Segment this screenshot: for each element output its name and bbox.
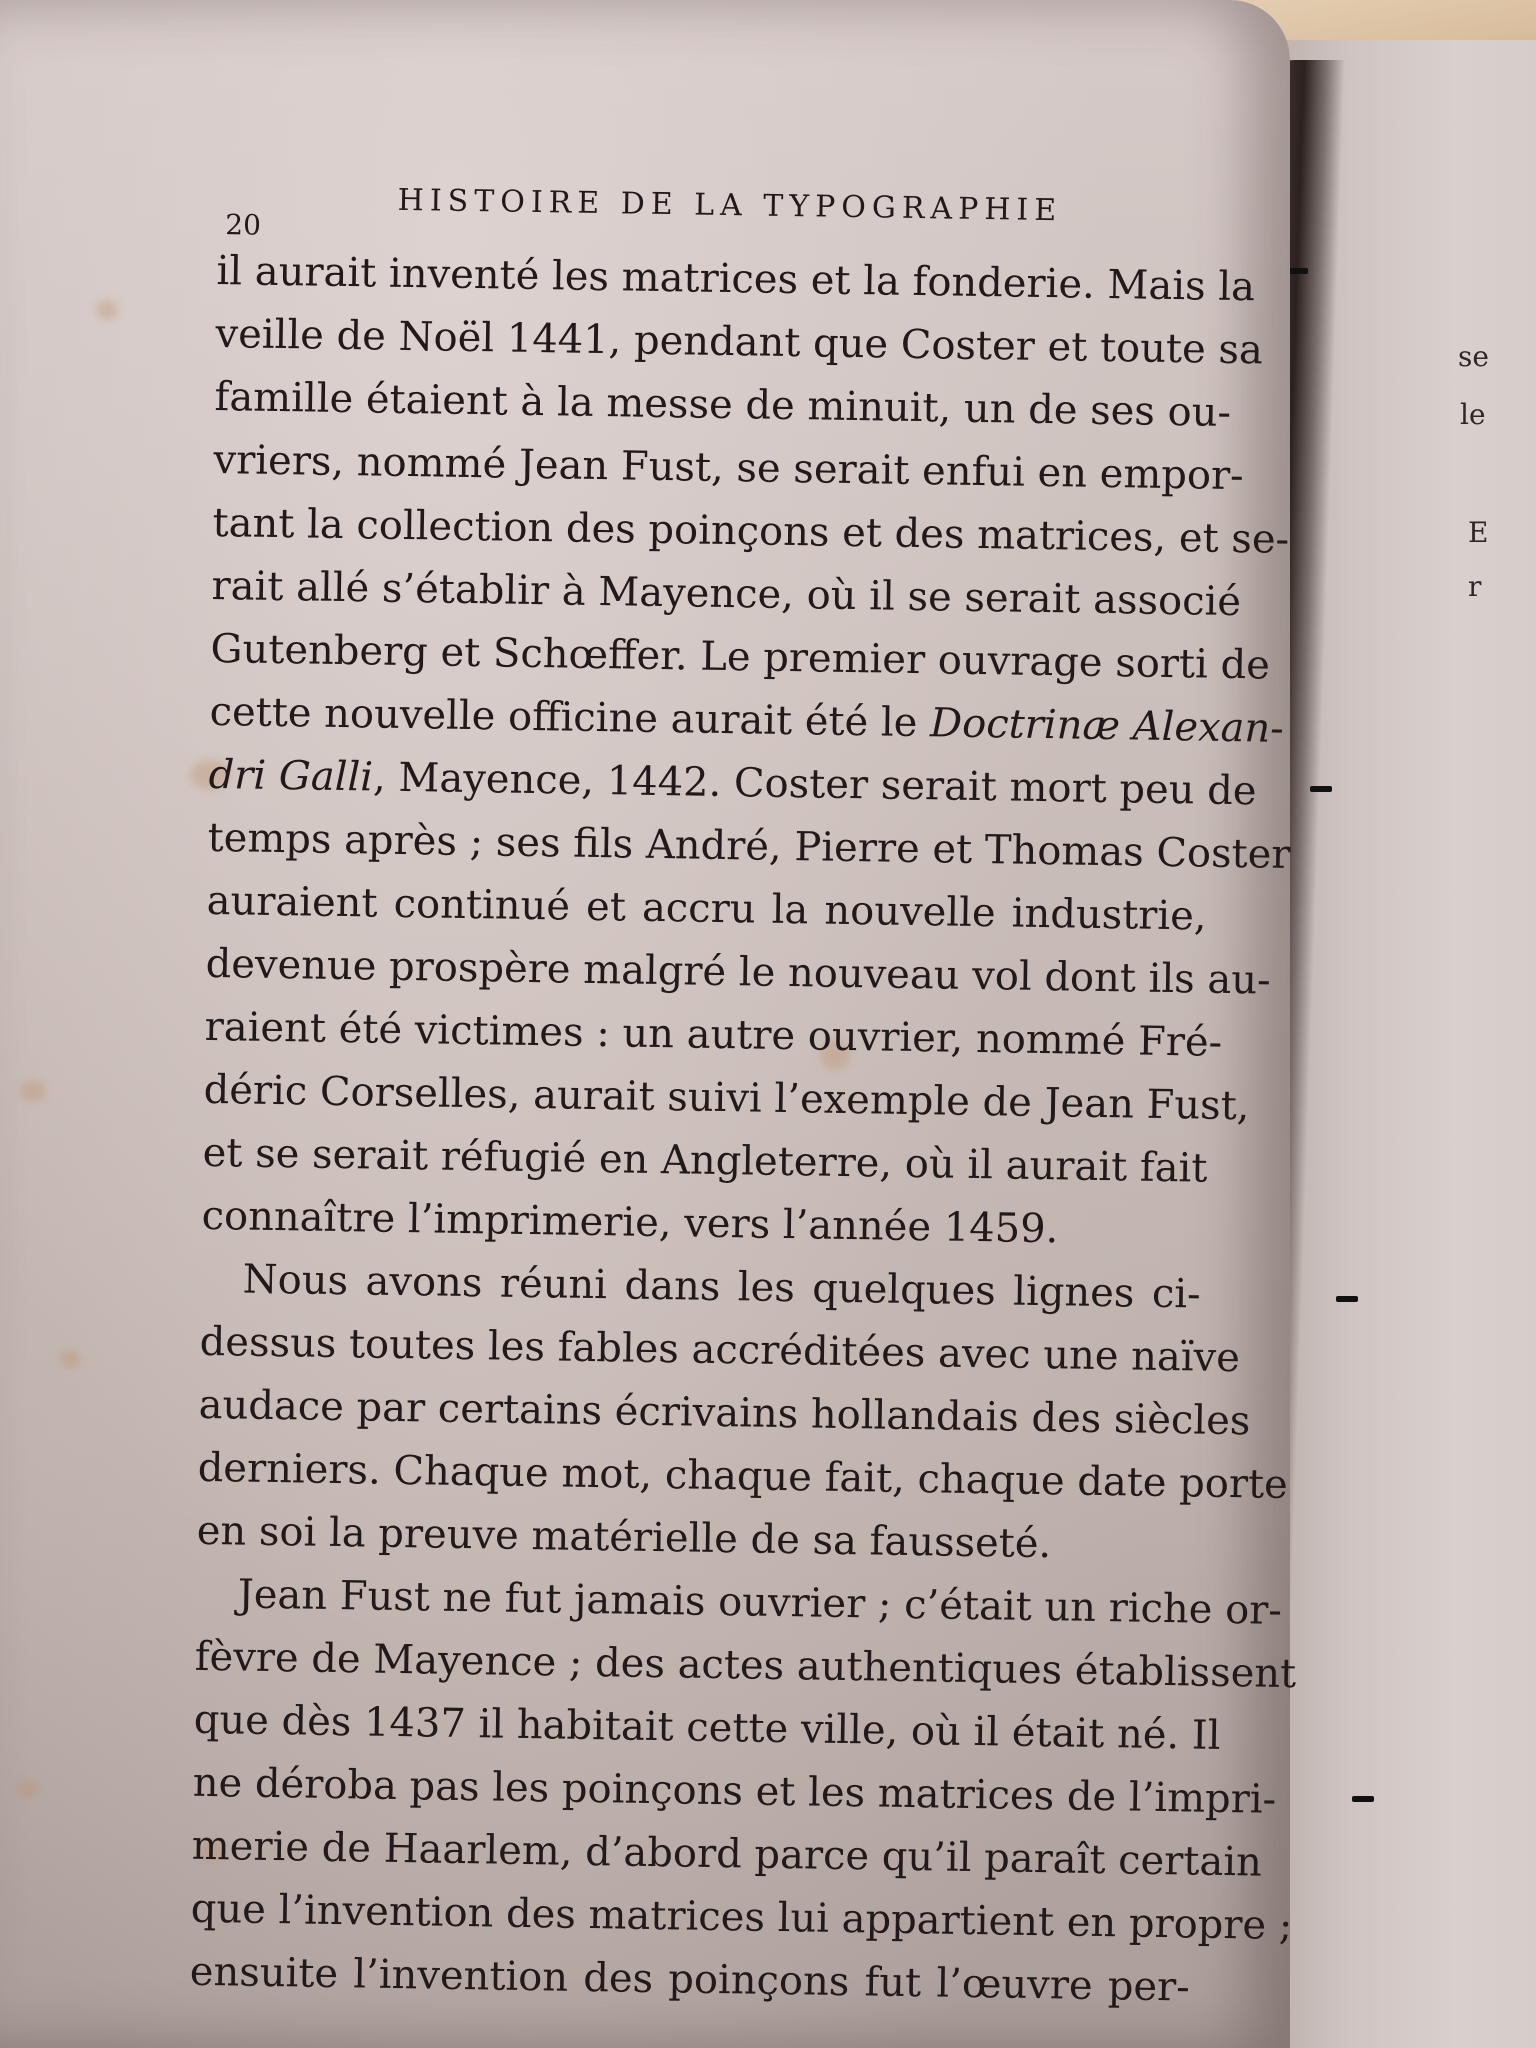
right-page-fragment: se <box>1458 340 1489 373</box>
text-span: , Mayence, 1442. Coster serait mort peu … <box>373 755 1257 815</box>
right-page-fragment: r <box>1468 570 1481 603</box>
book-photo: se le E r 20 HISTOIRE DE LA TYPOGRAPHIE … <box>0 0 1536 2048</box>
foxing-spot <box>18 1780 38 1798</box>
foxing-spot <box>20 1080 46 1102</box>
paragraph-1: il aurait inventé les matrices et la fon… <box>201 240 1257 1264</box>
left-page: 20 HISTOIRE DE LA TYPOGRAPHIE il aurait … <box>0 0 1290 2048</box>
page-number: 20 <box>225 208 261 242</box>
binding-stitch <box>1336 1296 1358 1302</box>
binding-stitch <box>1352 1796 1374 1802</box>
right-page-fragment: E <box>1468 516 1488 549</box>
italic-title: dri Galli <box>208 752 373 801</box>
page-text-block: 20 HISTOIRE DE LA TYPOGRAPHIE il aurait … <box>189 180 1258 2020</box>
running-head-title: HISTOIRE DE LA TYPOGRAPHIE <box>397 183 1062 228</box>
paragraph-2: Nous avons réuni dans les quelques ligne… <box>196 1248 1241 1579</box>
foxing-spot <box>96 300 118 320</box>
binding-stitch <box>1310 786 1332 792</box>
text-span: cette nouvelle officine aurait été le <box>209 689 930 746</box>
italic-title: Doctrinæ Alexan- <box>930 700 1284 752</box>
right-page-fragment: le <box>1460 398 1486 431</box>
paragraph-3: Jean Fust ne fut jamais ouvrier ; c’étai… <box>189 1563 1236 2020</box>
foxing-spot <box>60 1350 80 1368</box>
